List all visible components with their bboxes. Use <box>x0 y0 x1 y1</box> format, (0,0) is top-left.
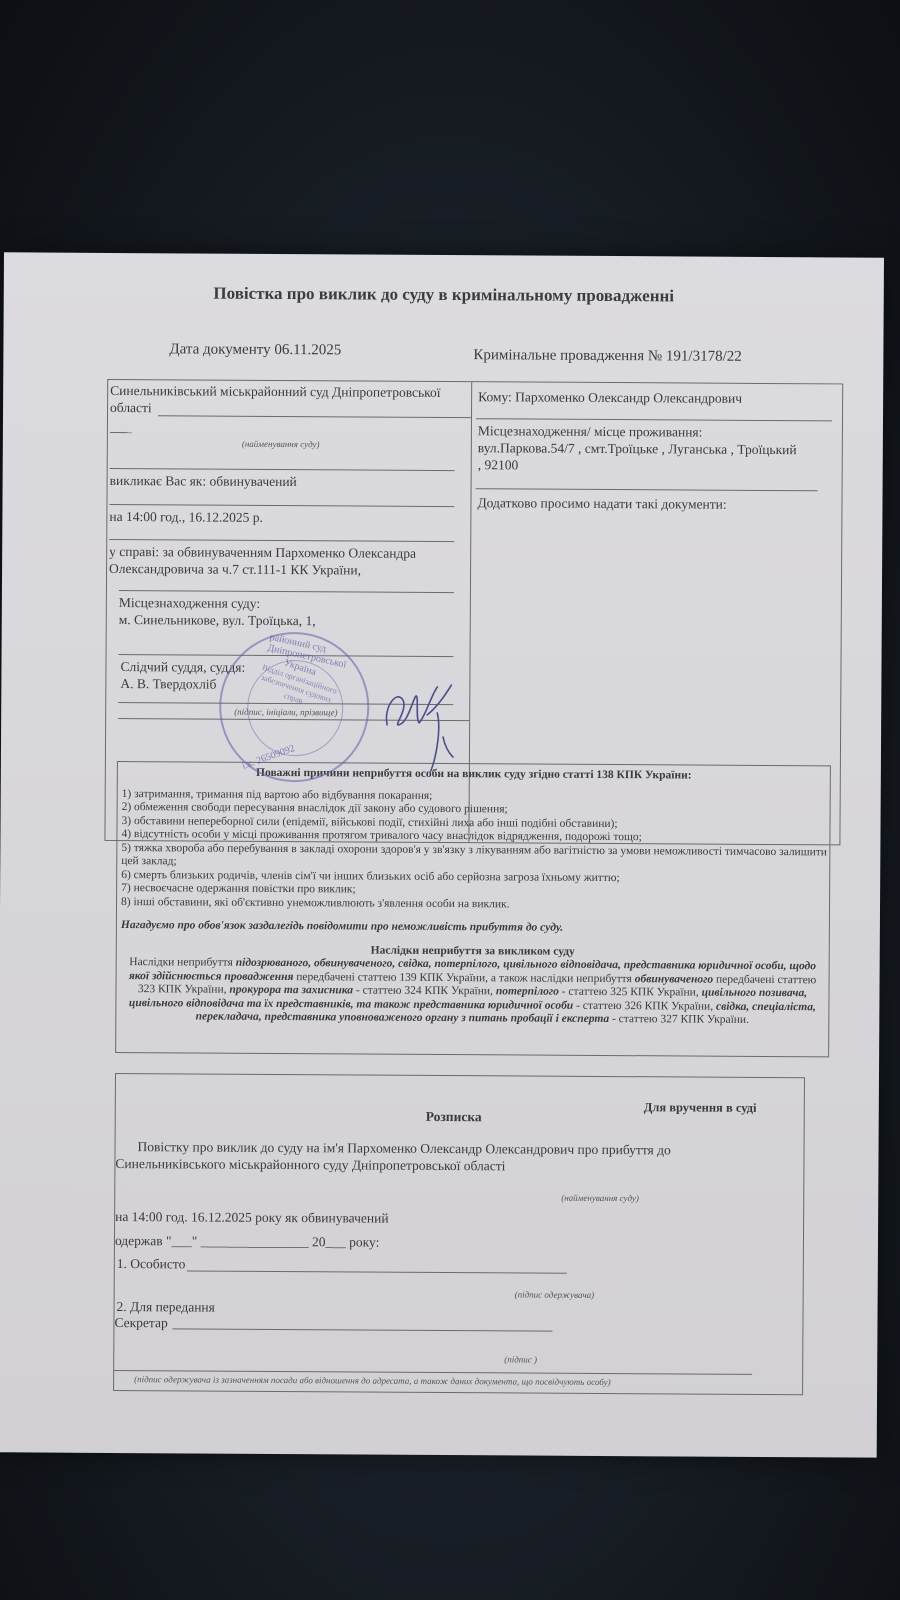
receipt-line2: Синельниківського міськрайонного суду Дн… <box>115 1155 505 1174</box>
summons-role: викликає Вас як: обвинувачений <box>110 472 297 490</box>
receipt-datetime: на 14:00 год. 16.12.2025 року як обвинув… <box>115 1208 389 1227</box>
divider <box>119 590 454 593</box>
secretary-signature-caption: (підпис ) <box>504 1354 537 1364</box>
residence-label: Місцезнаходження/ місце проживання: <box>478 422 703 440</box>
receipt-court-caption: (найменування суду) <box>561 1193 639 1203</box>
absence-reasons-title: Поважні причини неприбуття особи на викл… <box>118 766 830 784</box>
judge-name: А. В. Твердохліб <box>120 675 216 693</box>
divider <box>109 504 454 507</box>
case-description-line2: Олександровича за ч.7 ст.111-1 КК Україн… <box>109 560 361 579</box>
divider <box>476 488 818 491</box>
plain-text: - статтею 327 КПК України. <box>609 1013 749 1026</box>
divider <box>118 702 453 705</box>
plain-text: передбачені статтею 139 КПК України, а т… <box>293 971 634 985</box>
receipt-title: Розписка <box>426 1108 482 1125</box>
residence-address-line1: вул.Паркова.54/7 , смт.Троїцьке , Луганс… <box>478 439 797 458</box>
residence-address-line2: , 92100 <box>478 456 519 473</box>
recipient-signature-line <box>187 1270 567 1273</box>
absence-reasons-box: Поважні причини неприбуття особи на викл… <box>115 761 831 1057</box>
divider <box>476 418 832 421</box>
absence-reasons-list: 1) затримання, тримання під вартою або в… <box>117 788 830 914</box>
documents-request-label: Додатково просимо надати такі документи: <box>477 494 726 513</box>
secretary-signature-line <box>172 1328 552 1331</box>
emphasized-text: потерпілого <box>496 985 559 997</box>
for-transfer-label: 2. Для передання <box>117 1298 215 1316</box>
recipient-name: Кому: Пархоменко Олександр Олександрович <box>478 388 742 407</box>
receipt-box: Розписка Для вручення в суді Повістку пр… <box>113 1073 805 1395</box>
divider <box>158 415 471 418</box>
case-description-line1: у справі: за обвинуваченням Пархоменко О… <box>109 543 416 562</box>
divider <box>110 468 455 471</box>
court-name-caption: (найменування суду) <box>242 439 320 449</box>
list-item: 5) тяжка хвороба або перебування в закла… <box>121 842 829 873</box>
divider <box>118 718 469 721</box>
court-name-line1: Синельниківський міськрайонний суд Дніпр… <box>110 382 440 401</box>
recipient-signature-caption: (підпис одержувача) <box>515 1289 595 1299</box>
summons-document: Повістка про виклик до суду в кримінальн… <box>0 252 884 1457</box>
received-date-field: одержав "___" ________________ 20___ рок… <box>115 1232 379 1251</box>
divider <box>110 432 132 433</box>
court-location-label: Місцезнаходження суду: <box>119 594 260 612</box>
document-date: Дата документу 06.11.2025 <box>169 341 341 359</box>
delivery-note: Для вручення в суді <box>644 1099 757 1117</box>
plain-text: - статтею 324 КПК України, <box>353 984 496 997</box>
court-location: м. Синельникове, вул. Троїцька, 1, <box>119 611 316 629</box>
emphasized-text: прокурора та захисника <box>229 984 353 997</box>
document-title: Повістка про виклик до суду в кримінальн… <box>4 282 884 307</box>
personally-label: 1. Особисто <box>117 1255 186 1272</box>
judge-label: Слідчий суддя, суддя: <box>120 658 245 676</box>
plain-text: Наслідки неприбуття <box>129 956 236 969</box>
case-number: Кримінальне провадження № 191/3178/22 <box>473 347 742 366</box>
divider <box>109 539 454 542</box>
plain-text: - статтею 326 КПК України, <box>573 999 716 1012</box>
notification-reminder: Нагадуємо про обов'язок заздалегідь пові… <box>121 919 825 937</box>
hearing-datetime: на 14:00 год., 16.12.2025 р. <box>109 508 263 526</box>
divider <box>119 654 454 657</box>
secretary-label: Секретар <box>114 1314 167 1331</box>
signature-caption: (підпис, ініціали, прізвище) <box>234 707 337 718</box>
receipt-footer-caption: (підпис одержувача із зазначенням посади… <box>134 1374 611 1387</box>
consequences-text: Наслідки неприбуття підозрюваного, обвин… <box>116 956 828 1028</box>
plain-text: - статтею 325 КПК України, <box>559 986 702 999</box>
court-name-line2: області <box>110 399 152 416</box>
emphasized-text: обвинуваченого <box>635 973 714 985</box>
